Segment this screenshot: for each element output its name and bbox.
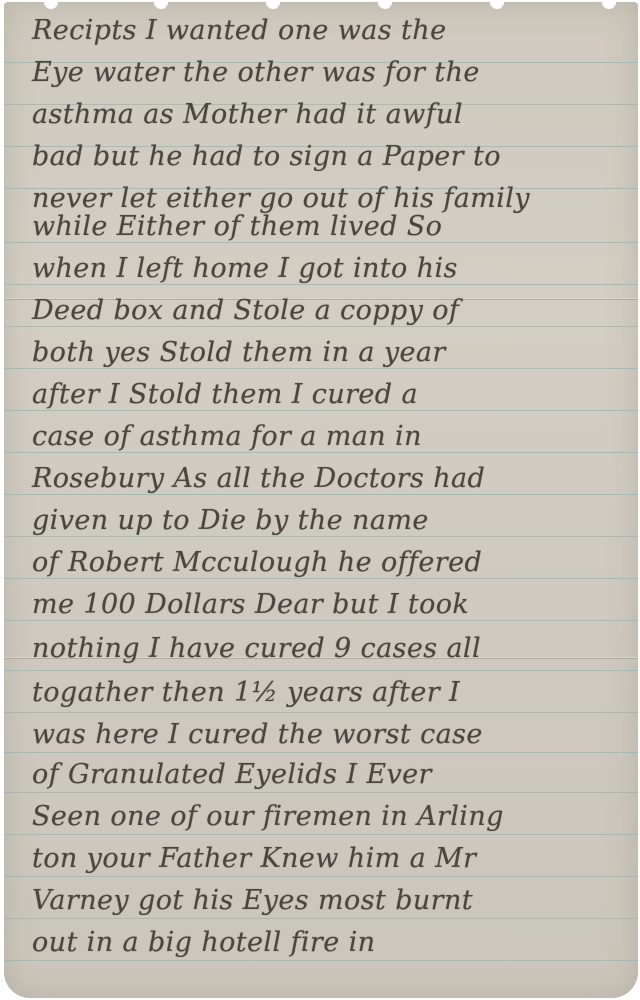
handwritten-line: Varney got his Eyes most burnt xyxy=(32,884,628,918)
handwritten-line: Rosebury As all the Doctors had xyxy=(32,462,628,496)
handwritten-line: bad but he had to sign a Paper to xyxy=(32,140,628,174)
handwritten-line: asthma as Mother had it awful xyxy=(32,98,628,132)
handwritten-line: given up to Die by the name xyxy=(32,504,628,538)
handwritten-line: ton your Father Knew him a Mr xyxy=(32,842,628,876)
ruled-line xyxy=(4,960,638,961)
perforation-notch xyxy=(490,2,504,9)
letter-page: Recipts I wanted one was the Eye water t… xyxy=(4,2,638,998)
ruled-line xyxy=(4,670,638,671)
handwritten-line: of Robert Mcculough he offered xyxy=(32,546,628,580)
perforation-notch xyxy=(154,2,168,9)
handwritten-line: Seen one of our firemen in Arling xyxy=(32,800,628,834)
perforation-notch xyxy=(378,2,392,9)
handwritten-line: both yes Stold them in a year xyxy=(32,336,628,370)
handwritten-line: after I Stold them I cured a xyxy=(32,378,628,412)
handwritten-line: me 100 Dollars Dear but I took xyxy=(32,588,628,622)
ruled-line xyxy=(4,834,638,835)
handwritten-line: when I left home I got into his xyxy=(32,252,628,286)
handwritten-line: Recipts I wanted one was the xyxy=(32,14,628,48)
handwritten-line: Deed box and Stole a coppy of xyxy=(32,294,628,328)
handwritten-line: nothing I have cured 9 cases all xyxy=(32,632,628,666)
handwritten-line: was here I cured the worst case xyxy=(32,718,628,752)
ruled-line xyxy=(4,752,638,753)
perforation-notch xyxy=(44,2,58,9)
ruled-line xyxy=(4,876,638,877)
perforation-notch xyxy=(602,2,616,9)
perforation-notch xyxy=(266,2,280,9)
handwritten-line: case of asthma for a man in xyxy=(32,420,628,454)
handwritten-line: Eye water the other was for the xyxy=(32,56,628,90)
handwritten-line: of Granulated Eyelids I Ever xyxy=(32,758,628,792)
handwritten-line: out in a big hotell fire in xyxy=(32,926,628,960)
ruled-line xyxy=(4,792,638,793)
ruled-line xyxy=(4,918,638,919)
handwritten-line: togather then 1½ years after I xyxy=(32,676,628,710)
ruled-line xyxy=(4,712,638,713)
handwritten-line: while Either of them lived So xyxy=(32,210,628,244)
